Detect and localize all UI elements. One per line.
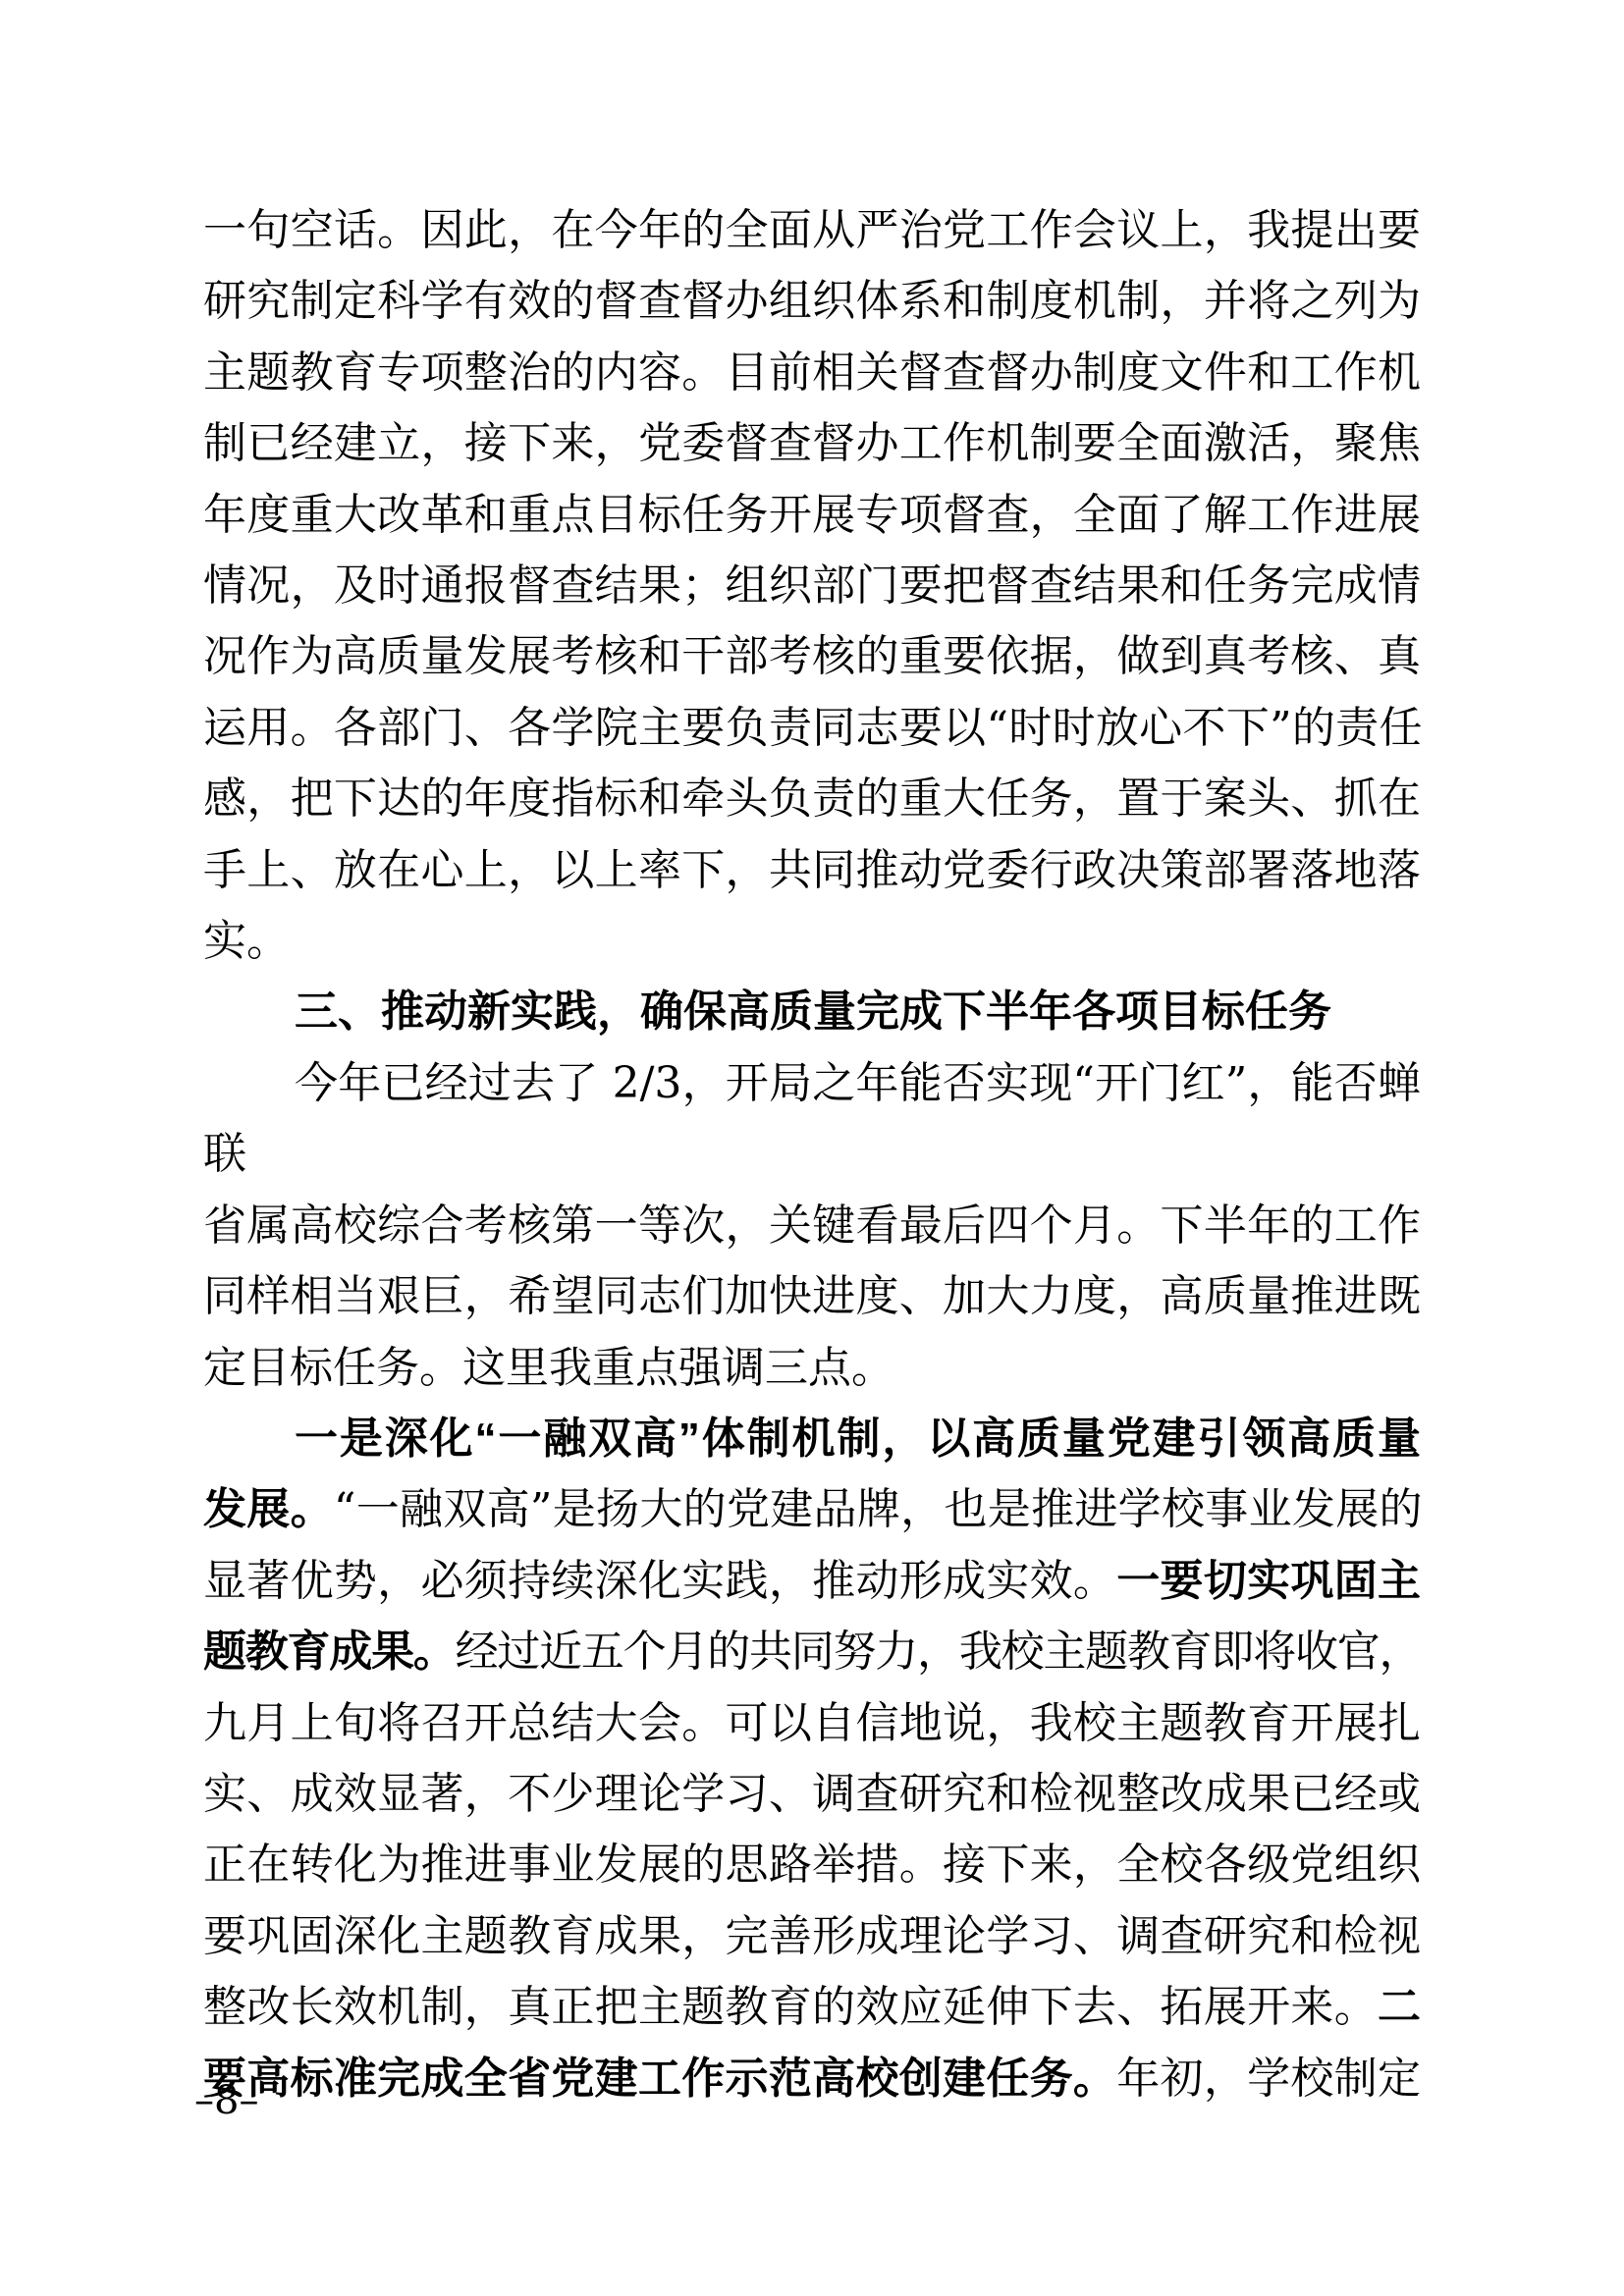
text-run: 实。 xyxy=(203,916,290,966)
text-run: 经过近五个月的共同努力，我校主题教育即将收官， xyxy=(456,1627,1421,1677)
text-run: 实、成效显著，不少理论学习、调查研究和检视整改成果已经或 xyxy=(203,1769,1421,1819)
bold-text-run: 发展。 xyxy=(203,1485,334,1533)
text-line: 题教育成果。经过近五个月的共同努力，我校主题教育即将收官， xyxy=(203,1617,1421,1687)
section-heading: 三、推动新实践，确保高质量完成下半年各项目标任务 xyxy=(203,977,1421,1047)
text-line: 省属高校综合考核第一等次，关键看最后四个月。下半年的工作 xyxy=(203,1191,1421,1261)
text-line: 整改长效机制，真正把主题教育的效应延伸下去、拓展开来。二 xyxy=(203,1972,1421,2043)
text-line: 年度重大改革和重点目标任务开展专项督查，全面了解工作进展 xyxy=(203,480,1421,551)
text-run: 要巩固深化主题教育成果，完善形成理论学习、调查研究和检视 xyxy=(203,1911,1421,1961)
text-run: 正在转化为推进事业发展的思路举措。接下来，全校各级党组织 xyxy=(203,1840,1421,1890)
text-line: 情况，及时通报督查结果；组织部门要把督查结果和任务完成情 xyxy=(203,551,1421,621)
text-run: 感，把下达的年度指标和牵头负责的重大任务，置于案头、抓在 xyxy=(203,774,1421,824)
text-run: 整改长效机制，真正把主题教育的效应延伸下去、拓展开来。 xyxy=(203,1982,1378,2032)
text-line: 定目标任务。这里我重点强调三点。 xyxy=(203,1333,1421,1404)
text-line: 感，把下达的年度指标和牵头负责的重大任务，置于案头、抓在 xyxy=(203,764,1421,834)
bold-text-run: 题教育成果。 xyxy=(203,1628,456,1676)
text-run: 省属高校综合考核第一等次，关键看最后四个月。下半年的工作 xyxy=(203,1201,1421,1251)
bold-text-run: 一是深化“一融双高”体制机制，以高质量党建引领高质量 xyxy=(295,1415,1421,1463)
text-run: 同样相当艰巨，希望同志们加快进度、加大力度，高质量推进既 xyxy=(203,1271,1421,1321)
bold-text-run: 要高标准完成全省党建工作示范高校创建任务。 xyxy=(203,2055,1116,2103)
text-run: 显著优势，必须持续深化实践，推动形成实效。 xyxy=(203,1556,1116,1606)
text-run: 主题教育专项整治的内容。目前相关督查督办制度文件和工作机 xyxy=(203,347,1421,398)
text-line: 同样相当艰巨，希望同志们加快进度、加大力度，高质量推进既 xyxy=(203,1261,1421,1332)
text-line: 制已经建立，接下来，党委督查督办工作机制要全面激活，聚焦 xyxy=(203,408,1421,479)
text-line: 手上、放在心上，以上率下，共同推动党委行政决策部署落地落 xyxy=(203,835,1421,906)
text-run: “一融双高”是扬大的党建品牌，也是推进学校事业发展的 xyxy=(334,1484,1421,1534)
text-run: 研究制定科学有效的督查督办组织体系和制度机制，并将之列为 xyxy=(203,276,1421,326)
text-run: 手上、放在心上，以上率下，共同推动党委行政决策部署落地落 xyxy=(203,845,1421,895)
text-line: 发展。“一融双高”是扬大的党建品牌，也是推进学校事业发展的 xyxy=(203,1474,1421,1545)
document-page: 一句空话。因此，在今年的全面从严治党工作会议上，我提出要研究制定科学有效的督查督… xyxy=(0,0,1624,2296)
text-line: 实、成效显著，不少理论学习、调查研究和检视整改成果已经或 xyxy=(203,1759,1421,1830)
text-run: 情况，及时通报督查结果；组织部门要把督查结果和任务完成情 xyxy=(203,561,1421,611)
text-run: 制已经建立，接下来，党委督查督办工作机制要全面激活，聚焦 xyxy=(203,418,1421,468)
text-run: 一句空话。因此，在今年的全面从严治党工作会议上，我提出要 xyxy=(203,205,1421,255)
text-line: 运用。各部门、各学院主要负责同志要以“时时放心不下”的责任 xyxy=(203,693,1421,764)
document-body: 一句空话。因此，在今年的全面从严治党工作会议上，我提出要研究制定科学有效的督查督… xyxy=(203,195,1421,2114)
page-number: –8– xyxy=(194,2077,258,2124)
text-run: 九月上旬将召开总结大会。可以自信地说，我校主题教育开展扎 xyxy=(203,1698,1421,1748)
text-line: 实。 xyxy=(203,906,1421,977)
bold-text-run: 一要切实巩固主 xyxy=(1116,1557,1421,1605)
text-line: 今年已经过去了 2/3，开局之年能否实现“开门红”，能否蝉联 xyxy=(203,1048,1421,1191)
text-run: 今年已经过去了 2/3，开局之年能否实现“开门红”，能否蝉联 xyxy=(203,1058,1421,1179)
text-line: 主题教育专项整治的内容。目前相关督查督办制度文件和工作机 xyxy=(203,338,1421,408)
text-line: 要巩固深化主题教育成果，完善形成理论学习、调查研究和检视 xyxy=(203,1901,1421,1972)
bold-text-run: 二 xyxy=(1378,1983,1421,2031)
text-line: 显著优势，必须持续深化实践，推动形成实效。一要切实巩固主 xyxy=(203,1546,1421,1617)
text-run: 定目标任务。这里我重点强调三点。 xyxy=(203,1343,894,1393)
text-line: 九月上旬将召开总结大会。可以自信地说，我校主题教育开展扎 xyxy=(203,1688,1421,1759)
text-run: 年度重大改革和重点目标任务开展专项督查，全面了解工作进展 xyxy=(203,490,1421,540)
text-run: 年初，学校制定 xyxy=(1116,2054,1421,2104)
text-line: 正在转化为推进事业发展的思路举措。接下来，全校各级党组织 xyxy=(203,1830,1421,1900)
text-run: 况作为高质量发展考核和干部考核的重要依据，做到真考核、真 xyxy=(203,631,1421,681)
text-line: 一是深化“一融双高”体制机制，以高质量党建引领高质量 xyxy=(203,1404,1421,1474)
text-line: 要高标准完成全省党建工作示范高校创建任务。年初，学校制定 xyxy=(203,2044,1421,2114)
text-line: 一句空话。因此，在今年的全面从严治党工作会议上，我提出要 xyxy=(203,195,1421,266)
text-line: 况作为高质量发展考核和干部考核的重要依据，做到真考核、真 xyxy=(203,621,1421,692)
bold-text-run: 三、推动新实践，确保高质量完成下半年各项目标任务 xyxy=(295,988,1331,1036)
text-line: 研究制定科学有效的督查督办组织体系和制度机制，并将之列为 xyxy=(203,266,1421,337)
text-run: 运用。各部门、各学院主要负责同志要以“时时放心不下”的责任 xyxy=(203,703,1421,753)
